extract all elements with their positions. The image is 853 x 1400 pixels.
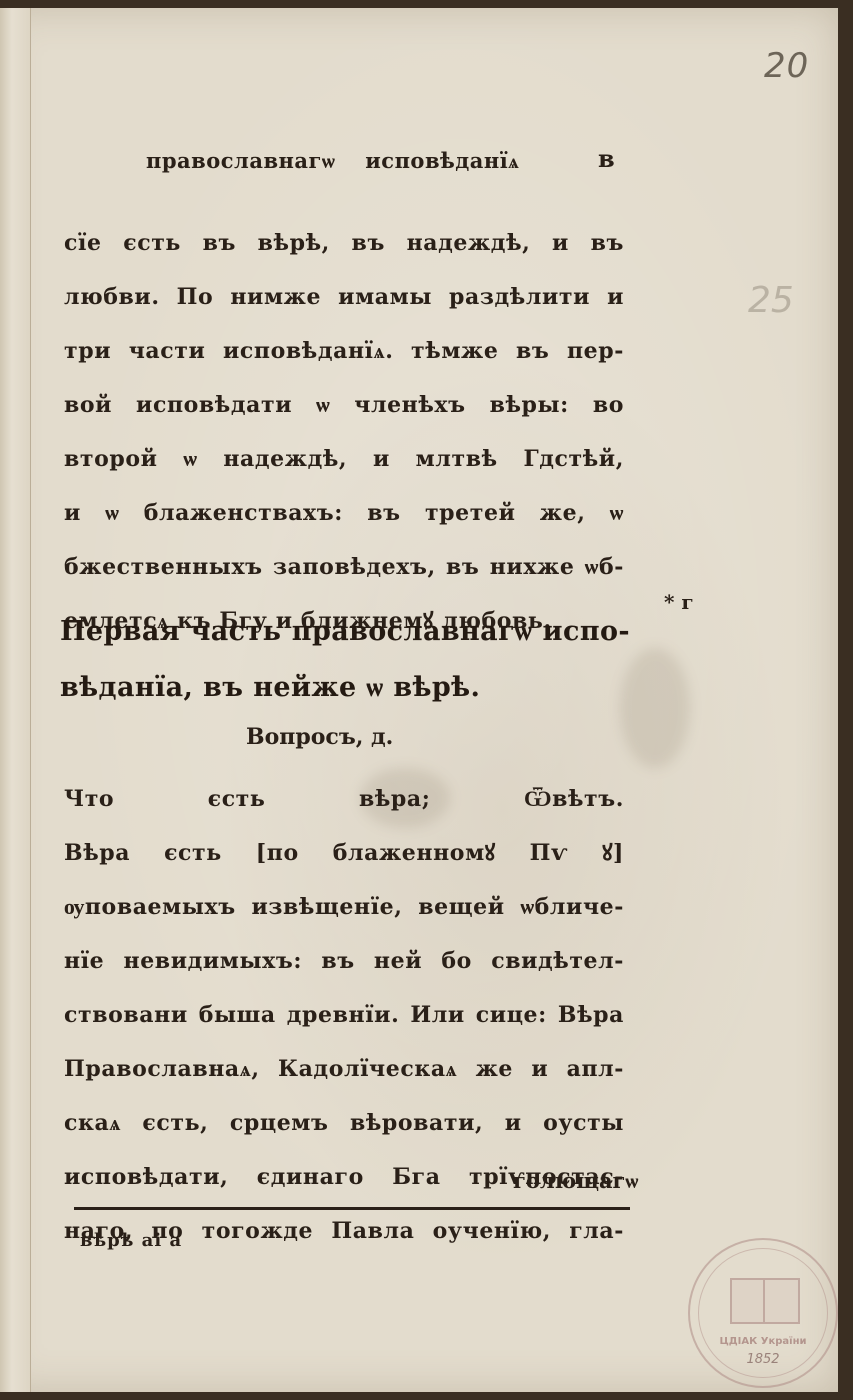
text-line: ствовани быша древнїи. Или сице: Вѣра — [64, 988, 624, 1042]
text-line: три части исповѣданїѧ. тѣмже въ пер- — [64, 324, 624, 378]
footer-rule — [74, 1207, 630, 1210]
text-line: и ѡ блаженствахъ: въ третей же, ѡ — [64, 486, 624, 540]
text-line: Православнаѧ, Кадолїческаѧ же и апл- — [64, 1042, 624, 1096]
question-label: Вопросъ, д. — [246, 724, 393, 750]
text-line: вой исповѣдати ѡ членѣхъ вѣры: во — [64, 378, 624, 432]
heading-line: Первая часть православнагѡ испо- — [60, 604, 630, 660]
open-book-icon — [730, 1278, 800, 1324]
section-heading: Первая часть православнагѡ испо- вѣданїа… — [60, 604, 630, 716]
signature-mark: вѣрѣ аі а — [80, 1230, 182, 1251]
stain — [620, 648, 690, 768]
text-line: Вѣра єсть [по блаженномꙋ Пѵ ꙋ] — [64, 826, 624, 880]
folio-letter: в — [598, 144, 615, 173]
catchword: голющагѡ — [513, 1168, 638, 1194]
heading-line: вѣданїа, въ нейже ѡ вѣрѣ. — [60, 660, 630, 716]
text-line: сїе єсть въ вѣрѣ, въ надеждѣ, и въ — [64, 216, 624, 270]
manuscript-page: 20 25 православнагѡ исповѣданїѧ в сїе єс… — [0, 8, 838, 1392]
text-line: второй ѡ надеждѣ, и млтвѣ Гдстѣй, — [64, 432, 624, 486]
pencil-folio-number: 20 — [764, 46, 809, 86]
text-line: скаѧ єсть, срцемъ вѣровати, и оусты — [64, 1096, 624, 1150]
pencil-bleed-through-mark: 25 — [748, 280, 794, 321]
text-line: бжественныхъ заповѣдехъ, въ нихже ѡб- — [64, 540, 624, 594]
body-paragraph-1: сїе єсть въ вѣрѣ, въ надеждѣ, и въ любви… — [64, 216, 624, 648]
archive-stamp: ЦДІАК України 1852 — [688, 1238, 838, 1388]
text-line: нїе невидимыхъ: въ ней бо свидѣтел- — [64, 934, 624, 988]
running-head: православнагѡ исповѣданїѧ — [146, 148, 519, 174]
text-line: ѹповаемыхъ извѣщенїе, вещей ѡбличе- — [64, 880, 624, 934]
margin-mark: * г — [664, 590, 694, 614]
stamp-archive-name: ЦДІАК України — [690, 1336, 836, 1347]
binding-edge — [0, 8, 31, 1392]
running-head-title-2: исповѣданїѧ — [365, 148, 519, 173]
stamp-year: 1852 — [690, 1352, 836, 1367]
text-line: любви. По нимже имамы раздѣлити и — [64, 270, 624, 324]
running-head-title-1: православнагѡ — [146, 148, 335, 173]
text-line: Что єсть вѣра; Ѿвѣтъ. — [64, 772, 624, 826]
